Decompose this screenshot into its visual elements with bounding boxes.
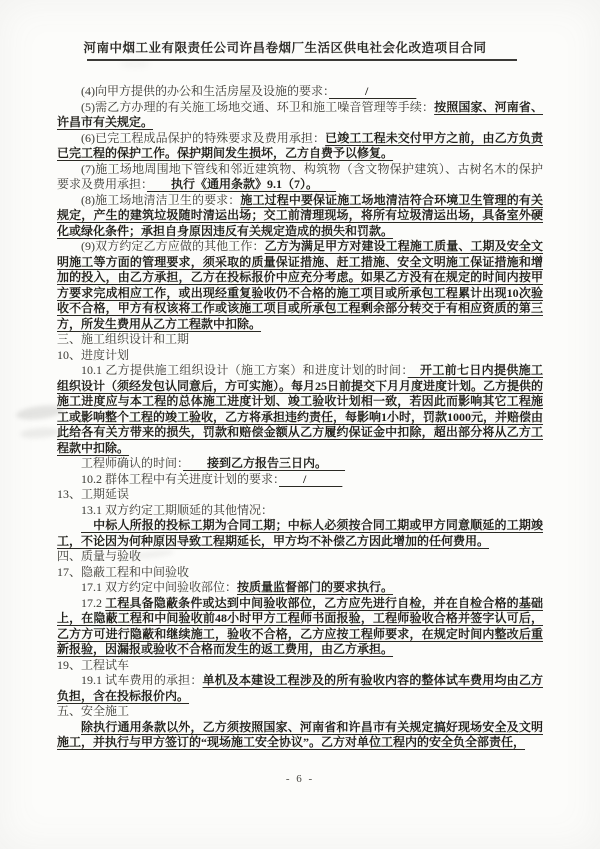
clause-label-text: 19.1 试车费用的承担： <box>81 673 203 687</box>
section-heading: 三、施工组织设计和工期 <box>57 332 543 348</box>
filled-answer-text: 除执行通用条款以外，乙方须按照国家、河南省和许昌市有关规定搞好现场安全及文明施工… <box>57 720 543 750</box>
clause-label-text: (6)已完工程成品保护的特殊要求及费用承担： <box>81 131 325 145</box>
contract-clause: 13.1 双方约定工期顺延的其他情况： <box>57 503 543 519</box>
contract-clause: 17.1 双方约定中间验收部位：按质量监督部门的要求执行。 <box>57 580 543 596</box>
contract-clause: (6)已完工程成品保护的特殊要求及费用承担：已竣工工程未交付甲方之前，由乙方负责… <box>57 131 543 162</box>
clause-label-text: (8)施工场地清洁卫生的要求： <box>81 193 240 207</box>
header-title: 河南中烟工业有限责任公司许昌卷烟厂生活区供电社会化改造项目合同 <box>67 38 503 56</box>
filled-answer-text: 接到乙方报告三日内。 <box>183 456 345 470</box>
filled-answer-text: / <box>329 84 416 98</box>
section-heading: 19、工程试车 <box>57 658 543 674</box>
clause-label-text: 三、施工组织设计和工期 <box>57 332 189 346</box>
contract-clause: (7)施工场地周围地下管线和邻近建筑物、构筑物（含文物保护建筑）、古树名木的保护… <box>57 162 543 193</box>
contract-clause: 中标人所报的投标工期为合同工期；中标人必须按合同工期或甲方同意顺延的工期竣工，不… <box>57 518 543 549</box>
contract-clause: 19.1 试车费用的承担：单机及本建设工程涉及的所有验收内容的整体试车费用均由乙… <box>57 673 543 704</box>
header-rule <box>87 59 517 61</box>
clause-label-text: 17.2 <box>81 596 105 610</box>
filled-answer-text: 按质量监督部门的要求执行。 <box>237 580 393 594</box>
clause-label-text: 10.1 乙方提供施工组织设计（施工方案）和进度计划的时间： <box>81 363 408 377</box>
contract-clause: 10.2 群体工程中有关进度计划的要求： / <box>57 472 543 488</box>
filled-answer-text: 执行《通用条款》9.1（7）。 <box>147 177 336 191</box>
clause-label-text: 五、安全施工 <box>57 704 129 718</box>
clause-label-text: 工程师确认的时间： <box>81 456 183 470</box>
clause-label-text: (4)向甲方提供的办公和生活房屋及设施的要求： <box>81 84 329 98</box>
clause-label-text: (9)双方约定乙方应做的其他工作： <box>81 239 265 253</box>
clause-label-text: 13.1 双方约定工期顺延的其他情况： <box>81 503 273 517</box>
section-heading: 17、隐蔽工程和中间验收 <box>57 565 543 581</box>
filled-answer-text: 中标人所报的投标工期为合同工期；中标人必须按合同工期或甲方同意顺延的工期竣工，不… <box>57 518 543 548</box>
filled-answer-text: 工程具备隐蔽条件或达到中间验收部位，乙方应先进行自检，并在自检合格的基础上，在隐… <box>57 596 543 657</box>
contract-clause: 工程师确认的时间： 接到乙方报告三日内。 <box>57 456 543 472</box>
contract-clause: (8)施工场地清洁卫生的要求：施工过程中要保证施工场地清洁符合环境卫生管理的有关… <box>57 193 543 240</box>
scan-smudge-mark <box>20 427 61 440</box>
scan-smudge-mark <box>120 60 150 68</box>
section-heading: 10、进度计划 <box>57 348 543 364</box>
clause-label-text: 17.1 双方约定中间验收部位： <box>81 580 237 594</box>
clause-label-text: 19、工程试车 <box>57 658 129 672</box>
contract-page: 河南中烟工业有限责任公司许昌卷烟厂生活区供电社会化改造项目合同 (4)向甲方提供… <box>0 0 600 849</box>
section-heading: 五、安全施工 <box>57 704 543 720</box>
contract-clause: (5)需乙方办理的有关施工场地交通、环卫和施工噪音管理等手续：按照国家、河南省、… <box>57 100 543 131</box>
clause-label-text: 四、质量与验收 <box>57 549 141 563</box>
section-heading: 四、质量与验收 <box>57 549 543 565</box>
contract-clause: 10.1 乙方提供施工组织设计（施工方案）和进度计划的时间： 开工前七日内提供施… <box>57 363 543 456</box>
page-number: - 6 - <box>0 773 600 785</box>
clause-label-text: 13、工期延误 <box>57 487 129 501</box>
clause-label-text: 17、隐蔽工程和中间验收 <box>57 565 189 579</box>
clause-label-text: (5)需乙方办理的有关施工场地交通、环卫和施工噪音管理等手续： <box>81 100 434 114</box>
section-heading: 13、工期延误 <box>57 487 543 503</box>
clause-label-text: 10、进度计划 <box>57 348 129 362</box>
contract-clause: 除执行通用条款以外，乙方须按照国家、河南省和许昌市有关规定搞好现场安全及文明施工… <box>57 720 543 751</box>
filled-answer-text: / <box>279 472 342 486</box>
contract-clause: (4)向甲方提供的办公和生活房屋及设施的要求： / <box>57 84 543 100</box>
contract-clause: (9)双方约定乙方应做的其他工作：乙方为满足甲方对建设工程施工质量、工期及安全文… <box>57 239 543 332</box>
contract-clause: 17.2 工程具备隐蔽条件或达到中间验收部位，乙方应先进行自检，并在自检合格的基… <box>57 596 543 658</box>
clause-label-text: 10.2 群体工程中有关进度计划的要求： <box>81 472 279 486</box>
page-header: 河南中烟工业有限责任公司许昌卷烟厂生活区供电社会化改造项目合同 <box>57 38 543 61</box>
contract-body: (4)向甲方提供的办公和生活房屋及设施的要求： / (5)需乙方办理的有关施工场… <box>57 84 543 751</box>
